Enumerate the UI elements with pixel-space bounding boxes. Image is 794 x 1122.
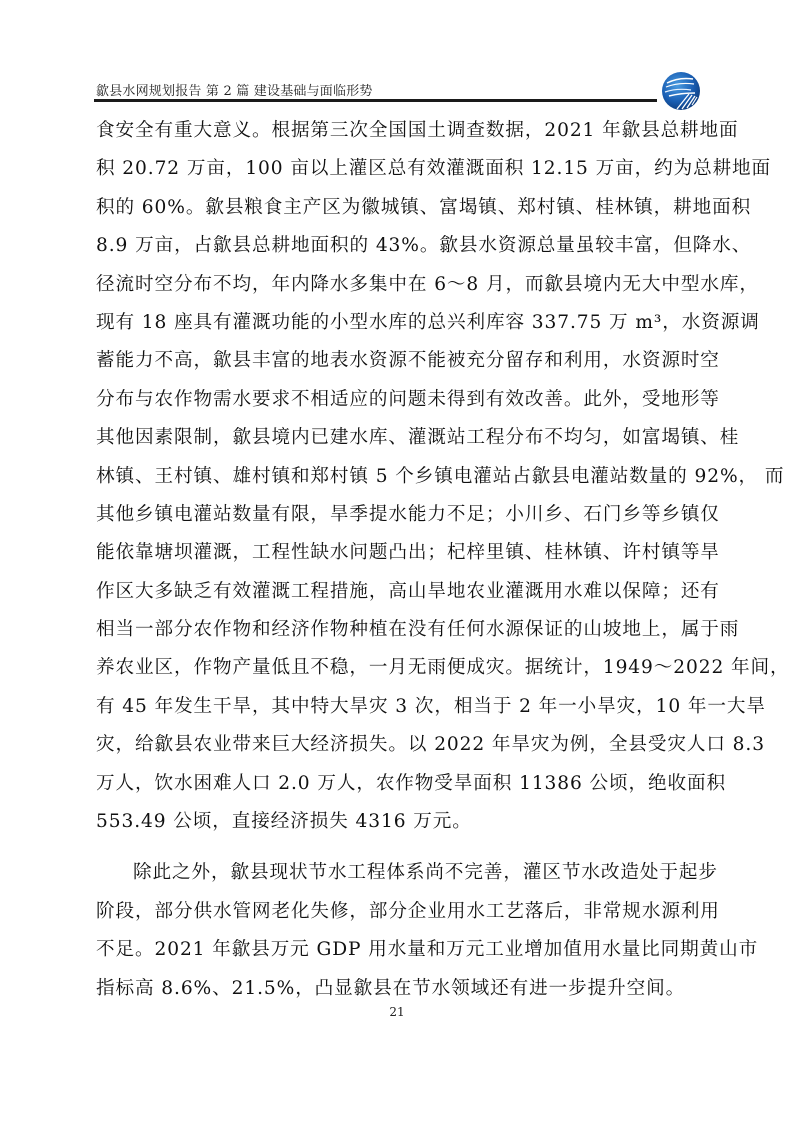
header-divider <box>94 99 657 102</box>
paragraph-drought: 食安全有重大意义。根据第三次全国国土调查数据，2021 年歙县总耕地面 积 20… <box>96 112 704 841</box>
water-network-logo-icon <box>661 71 701 111</box>
text-line: 有 45 年发生干旱，其中特大旱灾 3 次，相当于 2 年一小旱灾，10 年一大… <box>96 688 704 726</box>
text-line: 养农业区，作物产量低且不稳，一月无雨便成灾。据统计，1949～2022 年间， <box>96 649 704 687</box>
text-line: 积的 60%。歙县粮食主产区为徽城镇、富堨镇、郑村镇、桂林镇，耕地面积 <box>96 189 704 227</box>
text-line: 径流时空分布不均，年内降水多集中在 6～8 月，而歙县境内无大中型水库， <box>96 266 704 304</box>
text-line: 积 20.72 万亩，100 亩以上灌区总有效灌溉面积 12.15 万亩，约为总… <box>96 150 704 188</box>
text-line: 除此之外，歙县现状节水工程体系尚不完善，灌区节水改造处于起步 <box>96 854 704 892</box>
text-line: 林镇、王村镇、雄村镇和郑村镇 5 个乡镇电灌站占歙县电灌站数量的 92%， 而 <box>96 458 704 496</box>
text-line: 553.49 公顷，直接经济损失 4316 万元。 <box>96 803 704 841</box>
text-line: 作区大多缺乏有效灌溉工程措施，高山旱地农业灌溉用水难以保障；还有 <box>96 573 704 611</box>
text-line: 万人，饮水困难人口 2.0 万人，农作物受旱面积 11386 公顷，绝收面积 <box>96 765 704 803</box>
text-line: 其他乡镇电灌站数量有限，旱季提水能力不足；小川乡、石门乡等乡镇仅 <box>96 496 704 534</box>
document-body: 食安全有重大意义。根据第三次全国国土调查数据，2021 年歙县总耕地面 积 20… <box>96 112 704 1008</box>
text-line: 食安全有重大意义。根据第三次全国国土调查数据，2021 年歙县总耕地面 <box>96 112 704 150</box>
text-line: 灾，给歙县农业带来巨大经济损失。以 2022 年旱灾为例，全县受灾人口 8.3 <box>96 726 704 764</box>
paragraph-water-saving: 除此之外，歙县现状节水工程体系尚不完善，灌区节水改造处于起步 阶段，部分供水管网… <box>96 854 704 1008</box>
text-line: 不足。2021 年歙县万元 GDP 用水量和万元工业增加值用水量比同期黄山市 <box>96 931 704 969</box>
text-line: 8.9 万亩，占歙县总耕地面积的 43%。歙县水资源总量虽较丰富，但降水、 <box>96 227 704 265</box>
text-line: 指标高 8.6%、21.5%，凸显歙县在节水领域还有进一步提升空间。 <box>96 970 704 1008</box>
text-line: 阶段，部分供水管网老化失修，部分企业用水工艺落后，非常规水源利用 <box>96 893 704 931</box>
header-title: 歙县水网规划报告 第 2 篇 建设基础与面临形势 <box>96 80 373 99</box>
paragraph-gap <box>96 841 704 854</box>
text-line: 蓄能力不高，歙县丰富的地表水资源不能被充分留存和利用，水资源时空 <box>96 342 704 380</box>
text-line: 相当一部分农作物和经济作物种植在没有任何水源保证的山坡地上，属于雨 <box>96 611 704 649</box>
text-line: 分布与农作物需水要求不相适应的问题未得到有效改善。此外，受地形等 <box>96 381 704 419</box>
text-line: 现有 18 座具有灌溉功能的小型水库的总兴利库容 337.75 万 m³，水资源… <box>96 304 704 342</box>
page-number: 21 <box>0 1005 794 1019</box>
text-line: 能依靠塘坝灌溉，工程性缺水问题凸出；杞梓里镇、桂林镇、许村镇等旱 <box>96 534 704 572</box>
text-line: 其他因素限制，歙县境内已建水库、灌溉站工程分布不均匀，如富堨镇、桂 <box>96 419 704 457</box>
